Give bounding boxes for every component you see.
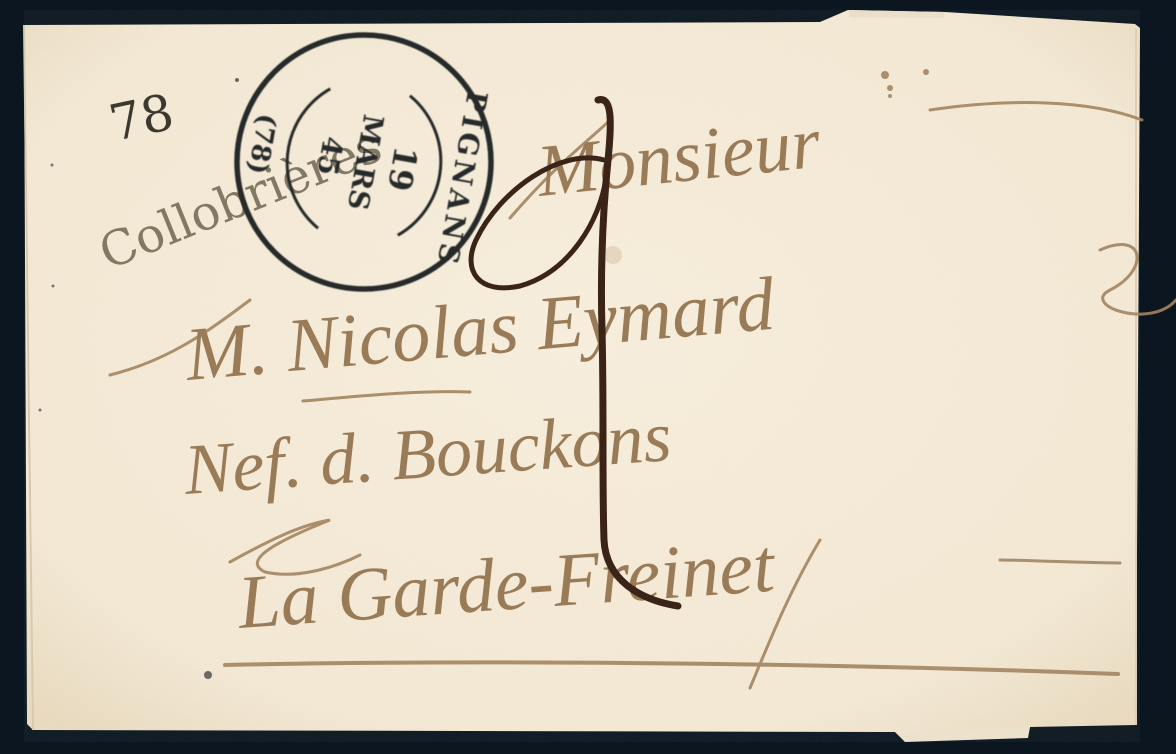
photo-stage: Collobrières 78 PIGNANS (78) 19 MARS 45	[0, 0, 1176, 754]
folded-letter-photo: Collobrières 78 PIGNANS (78) 19 MARS 45	[0, 0, 1176, 754]
postmark-year: 45	[310, 134, 349, 178]
postmark-day: 19	[380, 144, 425, 194]
